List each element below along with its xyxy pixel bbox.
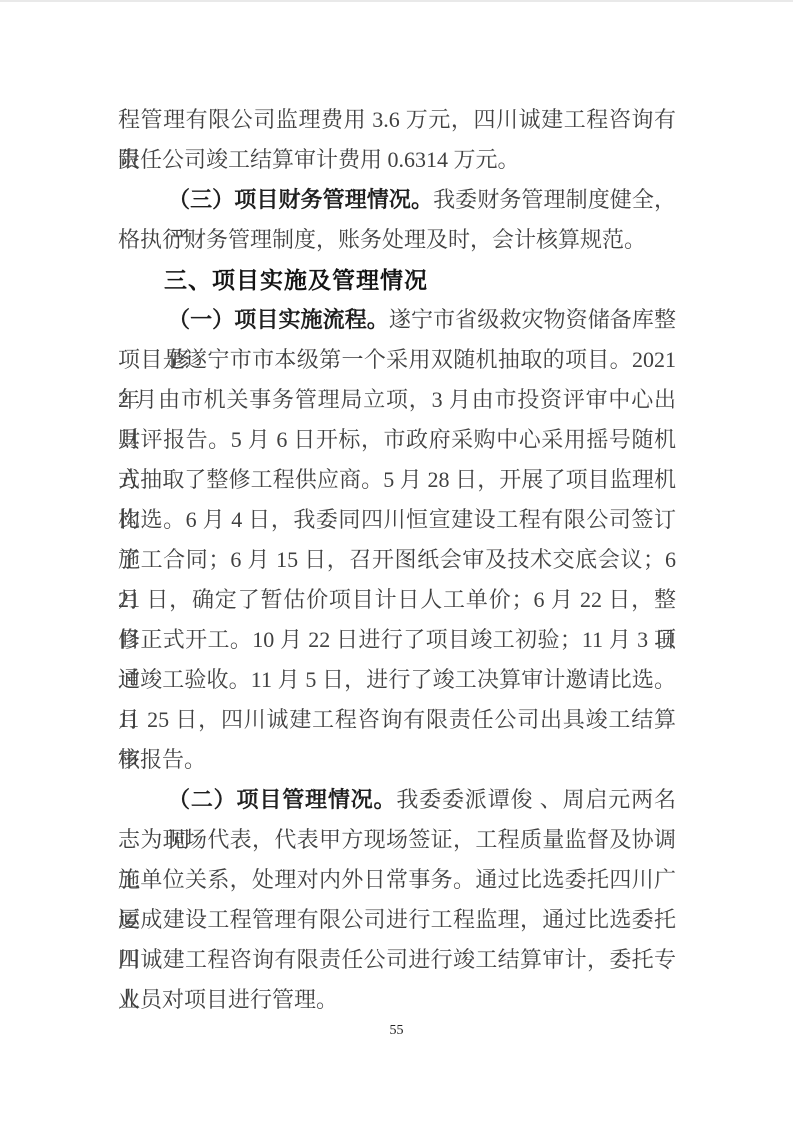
text-line: 运成建设工程管理有限公司进行工程监理，通过比选委托四 — [118, 900, 676, 940]
text-line: 格执行财务管理制度，账务处理及时，会计核算规范。 — [118, 220, 676, 260]
paragraph-financial-management: （三）项目财务管理情况。我委财务管理制度健全，严格执行财务管理制度，账务处理及时… — [118, 180, 676, 260]
line-text: 核报告。 — [118, 747, 206, 772]
text-line: 2 月由市机关事务管理局立项，3 月由市投资评审中心出具 — [118, 380, 676, 420]
text-line: 川诚建工程咨询有限责任公司进行竣工结算审计，委托专业 — [118, 940, 676, 980]
line-text: 责任公司竣工结算审计费用 0.6314 万元。 — [118, 147, 520, 172]
text-line: 财评报告。5 月 6 日开标，市政府采购中心采用摇号随机方 — [118, 420, 676, 460]
text-line: 施工合同；6 月 15 日，召开图纸会审及技术交底会议；6 月 — [118, 540, 676, 580]
text-line: 责任公司竣工结算审计费用 0.6314 万元。 — [118, 140, 676, 180]
text-line: 工单位关系，处理对内外日常事务。通过比选委托四川广厦 — [118, 860, 676, 900]
page-number: 55 — [0, 1023, 793, 1039]
text-line: 志为现场代表，代表甲方现场签证，工程质量监督及协调施 — [118, 820, 676, 860]
subsection-title: （三）项目财务管理情况。 — [168, 187, 433, 212]
text-line: 比选。6 月 4 日，我委同四川恒宣建设工程有限公司签订了 — [118, 500, 676, 540]
text-line: 式抽取了整修工程供应商。5 月 28 日，开展了项目监理机构 — [118, 460, 676, 500]
text-line: （三）项目财务管理情况。我委财务管理制度健全，严 — [118, 180, 676, 220]
subsection-title: （一）项目实施流程。 — [168, 307, 389, 332]
text-line: 人员对项目进行管理。 — [118, 980, 676, 1020]
document-page: 程管理有限公司监理费用 3.6 万元，四川诚建工程咨询有限责任公司竣工结算审计费… — [0, 0, 793, 1122]
line-text: 三、项目实施及管理情况 — [164, 267, 428, 293]
paragraph-fees-continuation: 程管理有限公司监理费用 3.6 万元，四川诚建工程咨询有限责任公司竣工结算审计费… — [118, 100, 676, 180]
paragraph-implementation-process: （一）项目实施流程。遂宁市省级救灾物资储备库整修项目是遂宁市市本级第一个采用双随… — [118, 300, 676, 780]
line-text: 人员对项目进行管理。 — [118, 987, 338, 1012]
document-body: 程管理有限公司监理费用 3.6 万元，四川诚建工程咨询有限责任公司竣工结算审计费… — [118, 100, 676, 1020]
text-line: 程管理有限公司监理费用 3.6 万元，四川诚建工程咨询有限 — [118, 100, 676, 140]
text-line: 月 25 日，四川诚建工程咨询有限责任公司出具竣工结算审 — [118, 700, 676, 740]
line-text: 格执行财务管理制度，账务处理及时，会计核算规范。 — [118, 227, 646, 252]
text-line: 目正式开工。10 月 22 日进行了项目竣工初验；11 月 3 日通 — [118, 620, 676, 660]
text-line: （一）项目实施流程。遂宁市省级救灾物资储备库整修 — [118, 300, 676, 340]
section-heading-3: 三、项目实施及管理情况 — [118, 260, 676, 300]
section-heading-text: 三、项目实施及管理情况 — [118, 260, 676, 300]
text-line: 21 日，确定了暂估价项目计日人工单价；6 月 22 日，整修项 — [118, 580, 676, 620]
text-line: （二）项目管理情况。我委委派谭俊 、周启元两名同 — [118, 780, 676, 820]
paragraph-project-management: （二）项目管理情况。我委委派谭俊 、周启元两名同志为现场代表，代表甲方现场签证，… — [118, 780, 676, 1020]
text-line: 核报告。 — [118, 740, 676, 780]
text-line: 过竣工验收。11 月 5 日，进行了竣工决算审计邀请比选。11 — [118, 660, 676, 700]
text-line: 项目是遂宁市市本级第一个采用双随机抽取的项目。2021 年 — [118, 340, 676, 380]
subsection-title: （二）项目管理情况。 — [168, 787, 396, 812]
